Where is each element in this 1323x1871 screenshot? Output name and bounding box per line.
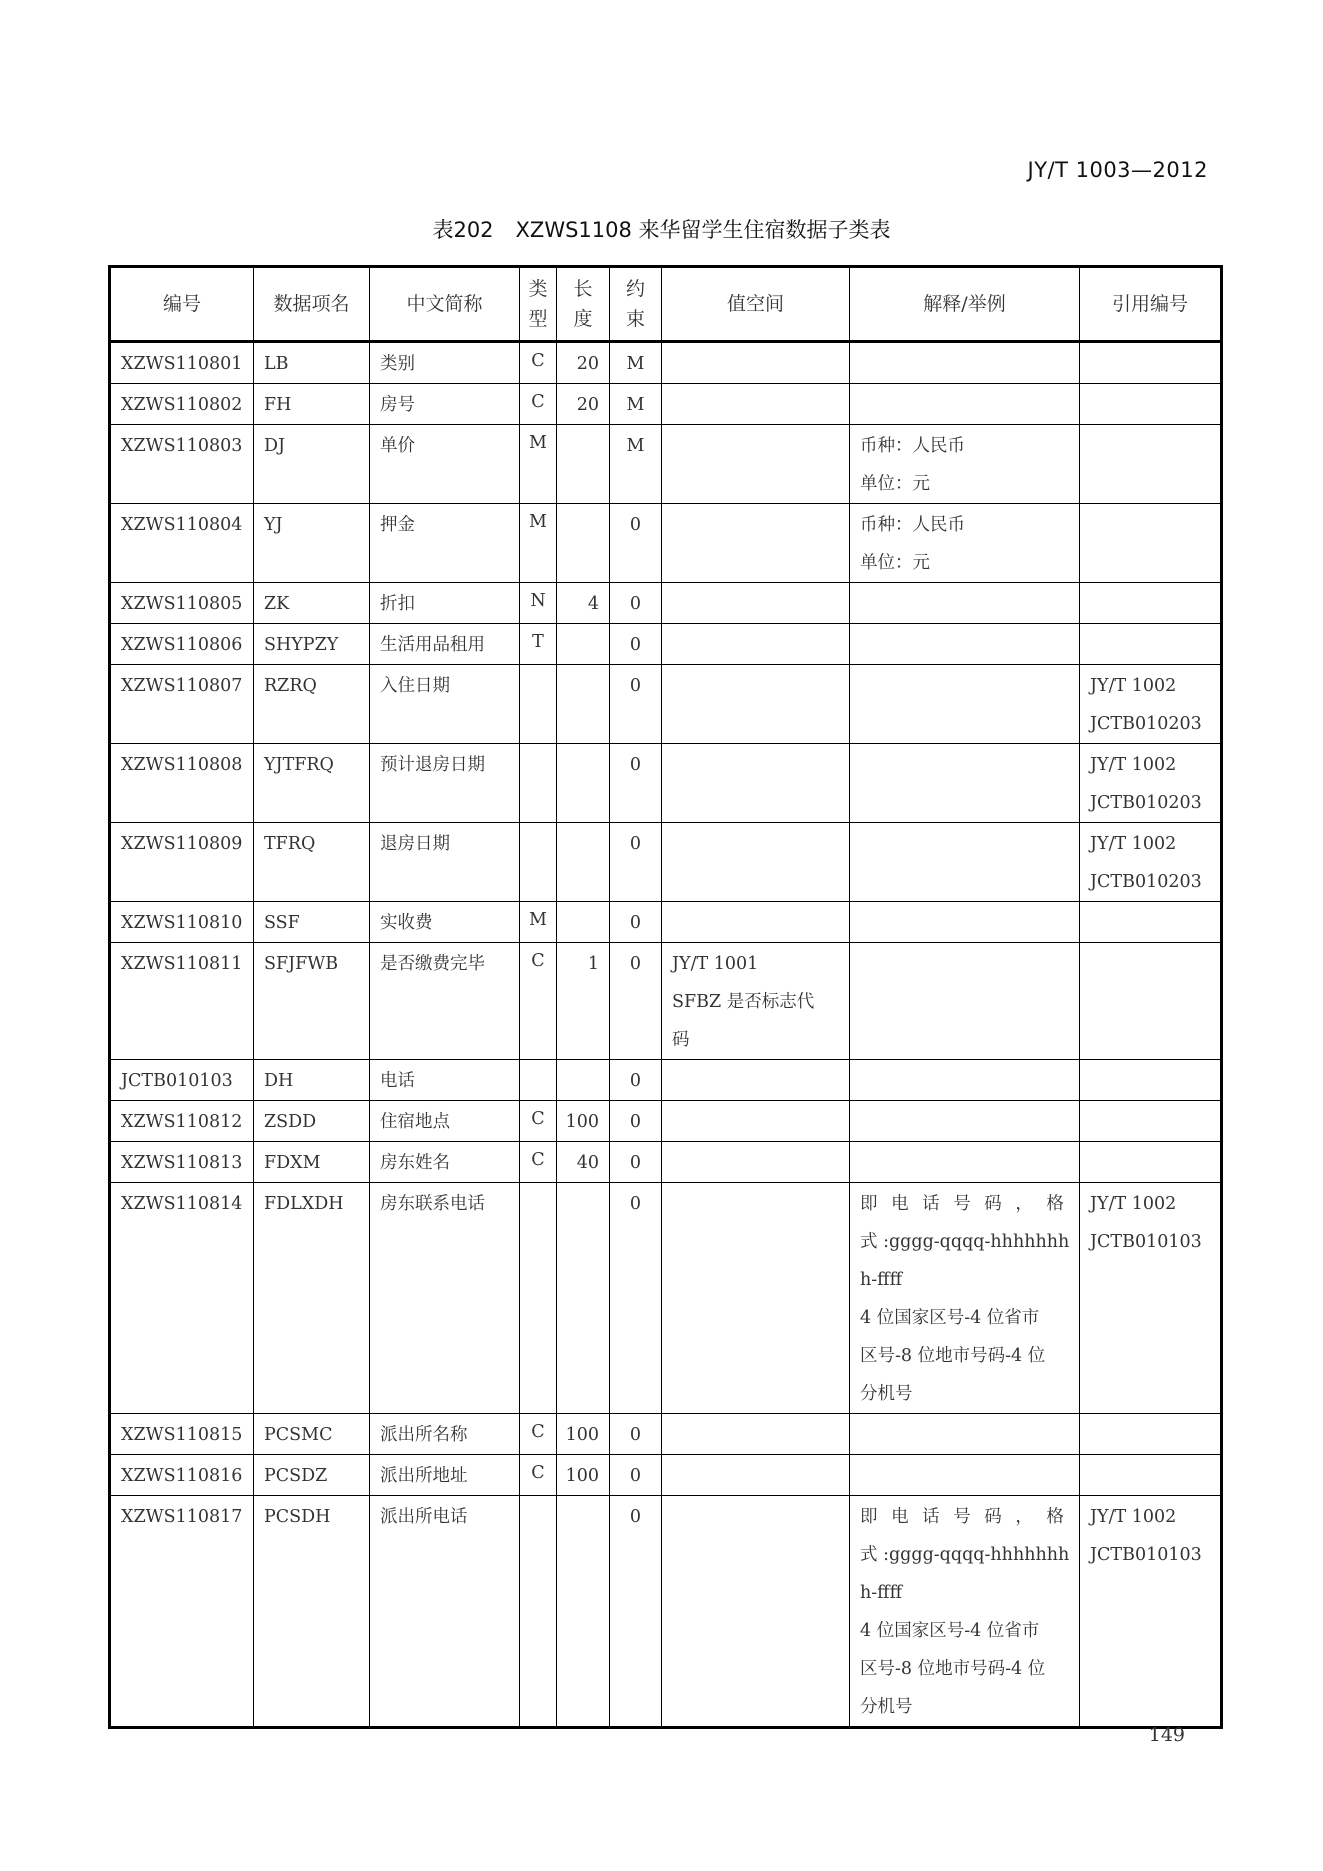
- table-row: XZWS110808YJTFRQ预计退房日期0JY/T 1002JCTB0102…: [110, 744, 1222, 823]
- constraint: 0: [610, 624, 661, 664]
- record-id: XZWS110815: [111, 1414, 253, 1454]
- explanation-cell: [850, 744, 1080, 823]
- record-id: XZWS110803: [111, 425, 253, 465]
- explanation-cell: 币种：人民币单位：元: [850, 425, 1080, 504]
- record-id-cell: XZWS110816: [110, 1455, 254, 1496]
- item-name-cell: PCSMC: [254, 1414, 370, 1455]
- cn-name-cell: 类别: [370, 342, 520, 384]
- length-cell: [557, 425, 610, 504]
- explanation-cell: 即 电 话 号 码 ， 格式 :gggg-qqqq-hhhhhhhh-ffff4…: [850, 1183, 1080, 1414]
- type: C: [520, 1414, 556, 1448]
- record-id: XZWS110808: [111, 744, 253, 784]
- record-id: XZWS110806: [111, 624, 253, 664]
- page-number: 149: [1149, 1724, 1185, 1746]
- table-row: XZWS110801LB类别C20M: [110, 342, 1222, 384]
- cn-name: 住宿地点: [370, 1101, 519, 1141]
- item-name-cell: PCSDH: [254, 1496, 370, 1728]
- item-name: PCSDZ: [254, 1455, 369, 1495]
- item-name: DJ: [254, 425, 369, 465]
- item-name-cell: SFJFWB: [254, 943, 370, 1060]
- length-cell: 100: [557, 1101, 610, 1142]
- constraint-cell: 0: [610, 583, 662, 624]
- cn-name-cell: 生活用品租用: [370, 624, 520, 665]
- constraint: 0: [610, 583, 661, 623]
- explanation-cell: [850, 943, 1080, 1060]
- length: [557, 624, 609, 626]
- length: 20: [557, 343, 609, 383]
- reference-cell: [1080, 1142, 1222, 1183]
- explanation-line: 区号-8 位地市号码-4 位: [860, 1650, 1071, 1688]
- type: C: [520, 384, 556, 418]
- explanation-cell: [850, 624, 1080, 665]
- cn-name-cell: 押金: [370, 504, 520, 583]
- explanation-line: 分机号: [860, 1375, 1071, 1413]
- cn-name: 生活用品租用: [370, 624, 519, 664]
- explanation-cell: 即 电 话 号 码 ， 格式 :gggg-qqqq-hhhhhhhh-ffff4…: [850, 1496, 1080, 1728]
- value-space-cell: [662, 744, 850, 823]
- reference-cell: JY/T 1002JCTB010103: [1080, 1496, 1222, 1728]
- constraint: 0: [610, 1101, 661, 1141]
- constraint-cell: 0: [610, 1060, 662, 1101]
- item-name: YJTFRQ: [254, 744, 369, 784]
- constraint: 0: [610, 1183, 661, 1223]
- item-name-cell: RZRQ: [254, 665, 370, 744]
- table-row: XZWS110816PCSDZ派出所地址C1000: [110, 1455, 1222, 1496]
- col-header-type: 类型: [520, 267, 557, 342]
- item-name: FDXM: [254, 1142, 369, 1182]
- cn-name-cell: 单价: [370, 425, 520, 504]
- header-row: 编号 数据项名 中文简称 类型 长度 约束 值空间 解释/举例 引用编号: [110, 267, 1222, 342]
- item-name: FDLXDH: [254, 1183, 369, 1223]
- item-name-cell: DH: [254, 1060, 370, 1101]
- explanation-line: 式 :gggg-qqqq-hhhhhhh: [860, 1536, 1071, 1574]
- cn-name-cell: 电话: [370, 1060, 520, 1101]
- record-id-cell: XZWS110814: [110, 1183, 254, 1414]
- cn-name-cell: 预计退房日期: [370, 744, 520, 823]
- constraint-cell: 0: [610, 902, 662, 943]
- item-name: ZSDD: [254, 1101, 369, 1141]
- type: [520, 1060, 556, 1062]
- constraint-cell: 0: [610, 943, 662, 1060]
- cn-name-cell: 是否缴费完毕: [370, 943, 520, 1060]
- value-space-cell: [662, 1101, 850, 1142]
- reference-cell: JY/T 1002JCTB010203: [1080, 823, 1222, 902]
- constraint-cell: 0: [610, 1496, 662, 1728]
- value-space-cell: [662, 1183, 850, 1414]
- value-space-cell: [662, 1496, 850, 1728]
- constraint-cell: 0: [610, 665, 662, 744]
- record-id-cell: XZWS110810: [110, 902, 254, 943]
- cn-name: 电话: [370, 1060, 519, 1100]
- table-row: XZWS110809TFRQ退房日期0JY/T 1002JCTB010203: [110, 823, 1222, 902]
- record-id-cell: XZWS110801: [110, 342, 254, 384]
- length: [557, 902, 609, 904]
- reference-line: JY/T 1002: [1090, 1185, 1212, 1223]
- reference-cell: [1080, 1060, 1222, 1101]
- record-id-cell: XZWS110809: [110, 823, 254, 902]
- type: C: [520, 1101, 556, 1135]
- constraint: 0: [610, 1455, 661, 1495]
- reference-cell: JY/T 1002JCTB010203: [1080, 665, 1222, 744]
- length-cell: [557, 504, 610, 583]
- col-header-length: 长度: [557, 267, 610, 342]
- cn-name-cell: 派出所名称: [370, 1414, 520, 1455]
- col-header-id: 编号: [110, 267, 254, 342]
- constraint: 0: [610, 823, 661, 863]
- table-row: XZWS110803DJ单价MM币种：人民币单位：元: [110, 425, 1222, 504]
- table-number: 表202: [432, 218, 493, 242]
- table-row: XZWS110813FDXM房东姓名C400: [110, 1142, 1222, 1183]
- reference-line: JCTB010103: [1090, 1223, 1212, 1261]
- type-cell: M: [520, 425, 557, 504]
- type: C: [520, 343, 556, 377]
- record-id-cell: XZWS110815: [110, 1414, 254, 1455]
- type-cell: [520, 665, 557, 744]
- table-row: XZWS110815PCSMC派出所名称C1000: [110, 1414, 1222, 1455]
- explanation-line: 即 电 话 号 码 ， 格: [860, 1498, 1071, 1536]
- reference-cell: [1080, 1414, 1222, 1455]
- length-cell: 40: [557, 1142, 610, 1183]
- record-id: XZWS110809: [111, 823, 253, 863]
- explanation-cell: [850, 384, 1080, 425]
- length: 100: [557, 1101, 609, 1141]
- explanation-line: 式 :gggg-qqqq-hhhhhhh: [860, 1223, 1071, 1261]
- type: T: [520, 624, 556, 658]
- record-id-cell: XZWS110813: [110, 1142, 254, 1183]
- constraint: 0: [610, 943, 661, 983]
- record-id: XZWS110810: [111, 902, 253, 942]
- value-space-cell: [662, 624, 850, 665]
- table-code: XZWS1108: [516, 218, 632, 242]
- reference-line: JCTB010203: [1090, 863, 1212, 901]
- constraint-cell: 0: [610, 1101, 662, 1142]
- cn-name: 折扣: [370, 583, 519, 623]
- type: C: [520, 943, 556, 977]
- table-row: XZWS110802FH房号C20M: [110, 384, 1222, 425]
- type-cell: [520, 823, 557, 902]
- value-space-cell: [662, 902, 850, 943]
- explanation-cell: [850, 1060, 1080, 1101]
- item-name-cell: TFRQ: [254, 823, 370, 902]
- table-row: XZWS110817PCSDH派出所电话0即 电 话 号 码 ， 格式 :ggg…: [110, 1496, 1222, 1728]
- record-id-cell: XZWS110811: [110, 943, 254, 1060]
- reference-line: JY/T 1002: [1090, 825, 1212, 863]
- item-name: LB: [254, 343, 369, 383]
- length-cell: [557, 624, 610, 665]
- value-space-cell: JY/T 1001SFBZ 是否标志代码: [662, 943, 850, 1060]
- record-id-cell: XZWS110812: [110, 1101, 254, 1142]
- reference-cell: [1080, 902, 1222, 943]
- cn-name: 是否缴费完毕: [370, 943, 519, 983]
- explanation-cell: [850, 1455, 1080, 1496]
- item-name: YJ: [254, 504, 369, 544]
- cn-name: 派出所名称: [370, 1414, 519, 1454]
- length-cell: 100: [557, 1455, 610, 1496]
- length: 40: [557, 1142, 609, 1182]
- explanation-cell: 币种：人民币单位：元: [850, 504, 1080, 583]
- reference-cell: [1080, 583, 1222, 624]
- value-space-cell: [662, 823, 850, 902]
- item-name: SHYPZY: [254, 624, 369, 664]
- data-subclass-table: 编号 数据项名 中文简称 类型 长度 约束 值空间 解释/举例 引用编号 XZW…: [108, 265, 1223, 1729]
- record-id-cell: JCTB010103: [110, 1060, 254, 1101]
- length: [557, 425, 609, 427]
- record-id-cell: XZWS110807: [110, 665, 254, 744]
- value-space-cell: [662, 425, 850, 504]
- constraint-cell: 0: [610, 744, 662, 823]
- reference-cell: [1080, 342, 1222, 384]
- item-name: DH: [254, 1060, 369, 1100]
- explanation-cell: [850, 665, 1080, 744]
- value-space-cell: [662, 342, 850, 384]
- explanation-line: 币种：人民币: [860, 506, 1071, 544]
- table-title: 表202XZWS1108 来华留学生住宿数据子类表: [0, 214, 1323, 244]
- type-cell: [520, 1060, 557, 1101]
- length: [557, 1496, 609, 1498]
- cn-name-cell: 房号: [370, 384, 520, 425]
- record-id-cell: XZWS110804: [110, 504, 254, 583]
- length: 4: [557, 583, 609, 623]
- item-name: TFRQ: [254, 823, 369, 863]
- value-space-cell: [662, 1414, 850, 1455]
- type: N: [520, 583, 556, 617]
- explanation-line: 区号-8 位地市号码-4 位: [860, 1337, 1071, 1375]
- cn-name: 退房日期: [370, 823, 519, 863]
- type-cell: [520, 1183, 557, 1414]
- type-cell: C: [520, 1101, 557, 1142]
- table-row: XZWS110805ZK折扣N40: [110, 583, 1222, 624]
- standard-code: JY/T 1003—2012: [1028, 158, 1209, 182]
- explanation-line: h-ffff: [860, 1574, 1071, 1612]
- record-id: XZWS110804: [111, 504, 253, 544]
- record-id-cell: XZWS110806: [110, 624, 254, 665]
- reference-cell: [1080, 504, 1222, 583]
- length: [557, 665, 609, 667]
- table-row: XZWS110804YJ押金M0币种：人民币单位：元: [110, 504, 1222, 583]
- cn-name-cell: 派出所地址: [370, 1455, 520, 1496]
- type-cell: M: [520, 902, 557, 943]
- col-header-cn-name: 中文简称: [370, 267, 520, 342]
- length-cell: [557, 1183, 610, 1414]
- length: [557, 823, 609, 825]
- type-cell: N: [520, 583, 557, 624]
- item-name-cell: YJTFRQ: [254, 744, 370, 823]
- value-space-cell: [662, 583, 850, 624]
- table-row: XZWS110814FDLXDH房东联系电话0即 电 话 号 码 ， 格式 :g…: [110, 1183, 1222, 1414]
- cn-name-cell: 派出所电话: [370, 1496, 520, 1728]
- item-name: PCSDH: [254, 1496, 369, 1536]
- table-row: XZWS110807RZRQ入住日期0JY/T 1002JCTB010203: [110, 665, 1222, 744]
- item-name: FH: [254, 384, 369, 424]
- length-cell: [557, 1496, 610, 1728]
- length: [557, 744, 609, 746]
- item-name-cell: SSF: [254, 902, 370, 943]
- record-id: XZWS110816: [111, 1455, 253, 1495]
- length-cell: 20: [557, 342, 610, 384]
- type: [520, 1183, 556, 1185]
- explanation-cell: [850, 902, 1080, 943]
- value-space-line: 码: [672, 1021, 841, 1059]
- item-name-cell: DJ: [254, 425, 370, 504]
- cn-name-cell: 实收费: [370, 902, 520, 943]
- record-id: XZWS110817: [111, 1496, 253, 1536]
- record-id-cell: XZWS110805: [110, 583, 254, 624]
- record-id: XZWS110805: [111, 583, 253, 623]
- cn-name: 押金: [370, 504, 519, 544]
- constraint: M: [610, 343, 661, 383]
- constraint-cell: 0: [610, 1455, 662, 1496]
- item-name-cell: ZK: [254, 583, 370, 624]
- cn-name: 入住日期: [370, 665, 519, 705]
- length: [557, 1183, 609, 1185]
- explanation-line: h-ffff: [860, 1261, 1071, 1299]
- type: M: [520, 504, 556, 538]
- explanation-line: 4 位国家区号-4 位省市: [860, 1299, 1071, 1337]
- constraint: 0: [610, 665, 661, 705]
- type-cell: C: [520, 943, 557, 1060]
- reference-cell: JY/T 1002JCTB010103: [1080, 1183, 1222, 1414]
- cn-name-cell: 退房日期: [370, 823, 520, 902]
- type-cell: C: [520, 384, 557, 425]
- value-space-line: SFBZ 是否标志代: [672, 983, 841, 1021]
- constraint: M: [610, 425, 661, 465]
- constraint: 0: [610, 504, 661, 544]
- record-id-cell: XZWS110817: [110, 1496, 254, 1728]
- value-space-cell: [662, 1142, 850, 1183]
- item-name: ZK: [254, 583, 369, 623]
- record-id: JCTB010103: [111, 1060, 253, 1100]
- length-cell: [557, 823, 610, 902]
- type: C: [520, 1455, 556, 1489]
- explanation-line: 即 电 话 号 码 ， 格: [860, 1185, 1071, 1223]
- reference-cell: [1080, 425, 1222, 504]
- constraint: 0: [610, 1142, 661, 1182]
- table-row: XZWS110806SHYPZY生活用品租用T0: [110, 624, 1222, 665]
- cn-name-cell: 房东姓名: [370, 1142, 520, 1183]
- explanation-cell: [850, 1414, 1080, 1455]
- type-cell: C: [520, 1142, 557, 1183]
- cn-name-cell: 房东联系电话: [370, 1183, 520, 1414]
- item-name: RZRQ: [254, 665, 369, 705]
- length-cell: [557, 665, 610, 744]
- item-name-cell: FH: [254, 384, 370, 425]
- table-row: XZWS110811SFJFWB是否缴费完毕C10JY/T 1001SFBZ 是…: [110, 943, 1222, 1060]
- length-cell: [557, 1060, 610, 1101]
- cn-name-cell: 入住日期: [370, 665, 520, 744]
- reference-line: JY/T 1002: [1090, 746, 1212, 784]
- record-id: XZWS110801: [111, 343, 253, 383]
- length-cell: 100: [557, 1414, 610, 1455]
- length-cell: 1: [557, 943, 610, 1060]
- record-id: XZWS110812: [111, 1101, 253, 1141]
- reference-line: JY/T 1002: [1090, 667, 1212, 705]
- value-space-cell: [662, 665, 850, 744]
- type-cell: C: [520, 1414, 557, 1455]
- constraint-cell: 0: [610, 1414, 662, 1455]
- explanation-cell: [850, 583, 1080, 624]
- type-cell: T: [520, 624, 557, 665]
- explanation-line: 单位：元: [860, 465, 1071, 503]
- type: M: [520, 425, 556, 459]
- col-header-reference: 引用编号: [1080, 267, 1222, 342]
- constraint-cell: M: [610, 384, 662, 425]
- item-name-cell: FDLXDH: [254, 1183, 370, 1414]
- item-name-cell: PCSDZ: [254, 1455, 370, 1496]
- cn-name: 类别: [370, 343, 519, 383]
- item-name-cell: YJ: [254, 504, 370, 583]
- reference-line: JY/T 1002: [1090, 1498, 1212, 1536]
- value-space-line: JY/T 1001: [672, 945, 841, 983]
- length: [557, 1060, 609, 1062]
- reference-line: JCTB010203: [1090, 784, 1212, 822]
- length-cell: 20: [557, 384, 610, 425]
- cn-name: 实收费: [370, 902, 519, 942]
- cn-name-cell: 折扣: [370, 583, 520, 624]
- constraint-cell: M: [610, 342, 662, 384]
- explanation-cell: [850, 1142, 1080, 1183]
- col-header-constraint: 约束: [610, 267, 662, 342]
- length: 100: [557, 1455, 609, 1495]
- type: [520, 744, 556, 746]
- explanation-cell: [850, 342, 1080, 384]
- length: 1: [557, 943, 609, 983]
- reference-line: JCTB010203: [1090, 705, 1212, 743]
- type: [520, 1496, 556, 1498]
- table-row: XZWS110812ZSDD住宿地点C1000: [110, 1101, 1222, 1142]
- length-cell: [557, 902, 610, 943]
- explanation-line: 单位：元: [860, 544, 1071, 582]
- value-space-cell: [662, 384, 850, 425]
- value-space-cell: [662, 1455, 850, 1496]
- explanation-cell: [850, 823, 1080, 902]
- table-name: 来华留学生住宿数据子类表: [639, 218, 891, 242]
- length-cell: [557, 744, 610, 823]
- constraint: 0: [610, 1060, 661, 1100]
- constraint: M: [610, 384, 661, 424]
- explanation-line: 币种：人民币: [860, 427, 1071, 465]
- record-id: XZWS110811: [111, 943, 253, 983]
- cn-name: 派出所地址: [370, 1455, 519, 1495]
- reference-cell: [1080, 943, 1222, 1060]
- type-cell: C: [520, 342, 557, 384]
- cn-name: 单价: [370, 425, 519, 465]
- cn-name: 派出所电话: [370, 1496, 519, 1536]
- reference-cell: [1080, 1101, 1222, 1142]
- item-name: SFJFWB: [254, 943, 369, 983]
- length: 20: [557, 384, 609, 424]
- reference-cell: [1080, 1455, 1222, 1496]
- type-cell: M: [520, 504, 557, 583]
- type-cell: [520, 744, 557, 823]
- reference-line: JCTB010103: [1090, 1536, 1212, 1574]
- constraint: 0: [610, 744, 661, 784]
- item-name-cell: LB: [254, 342, 370, 384]
- record-id: XZWS110802: [111, 384, 253, 424]
- length: [557, 504, 609, 506]
- type: [520, 823, 556, 825]
- constraint: 0: [610, 1414, 661, 1454]
- cn-name: 预计退房日期: [370, 744, 519, 784]
- item-name-cell: FDXM: [254, 1142, 370, 1183]
- col-header-item-name: 数据项名: [254, 267, 370, 342]
- constraint-cell: 0: [610, 823, 662, 902]
- cn-name: 房东联系电话: [370, 1183, 519, 1223]
- value-space-cell: [662, 504, 850, 583]
- constraint-cell: 0: [610, 624, 662, 665]
- explanation-cell: [850, 1101, 1080, 1142]
- cn-name-cell: 住宿地点: [370, 1101, 520, 1142]
- col-header-explanation: 解释/举例: [850, 267, 1080, 342]
